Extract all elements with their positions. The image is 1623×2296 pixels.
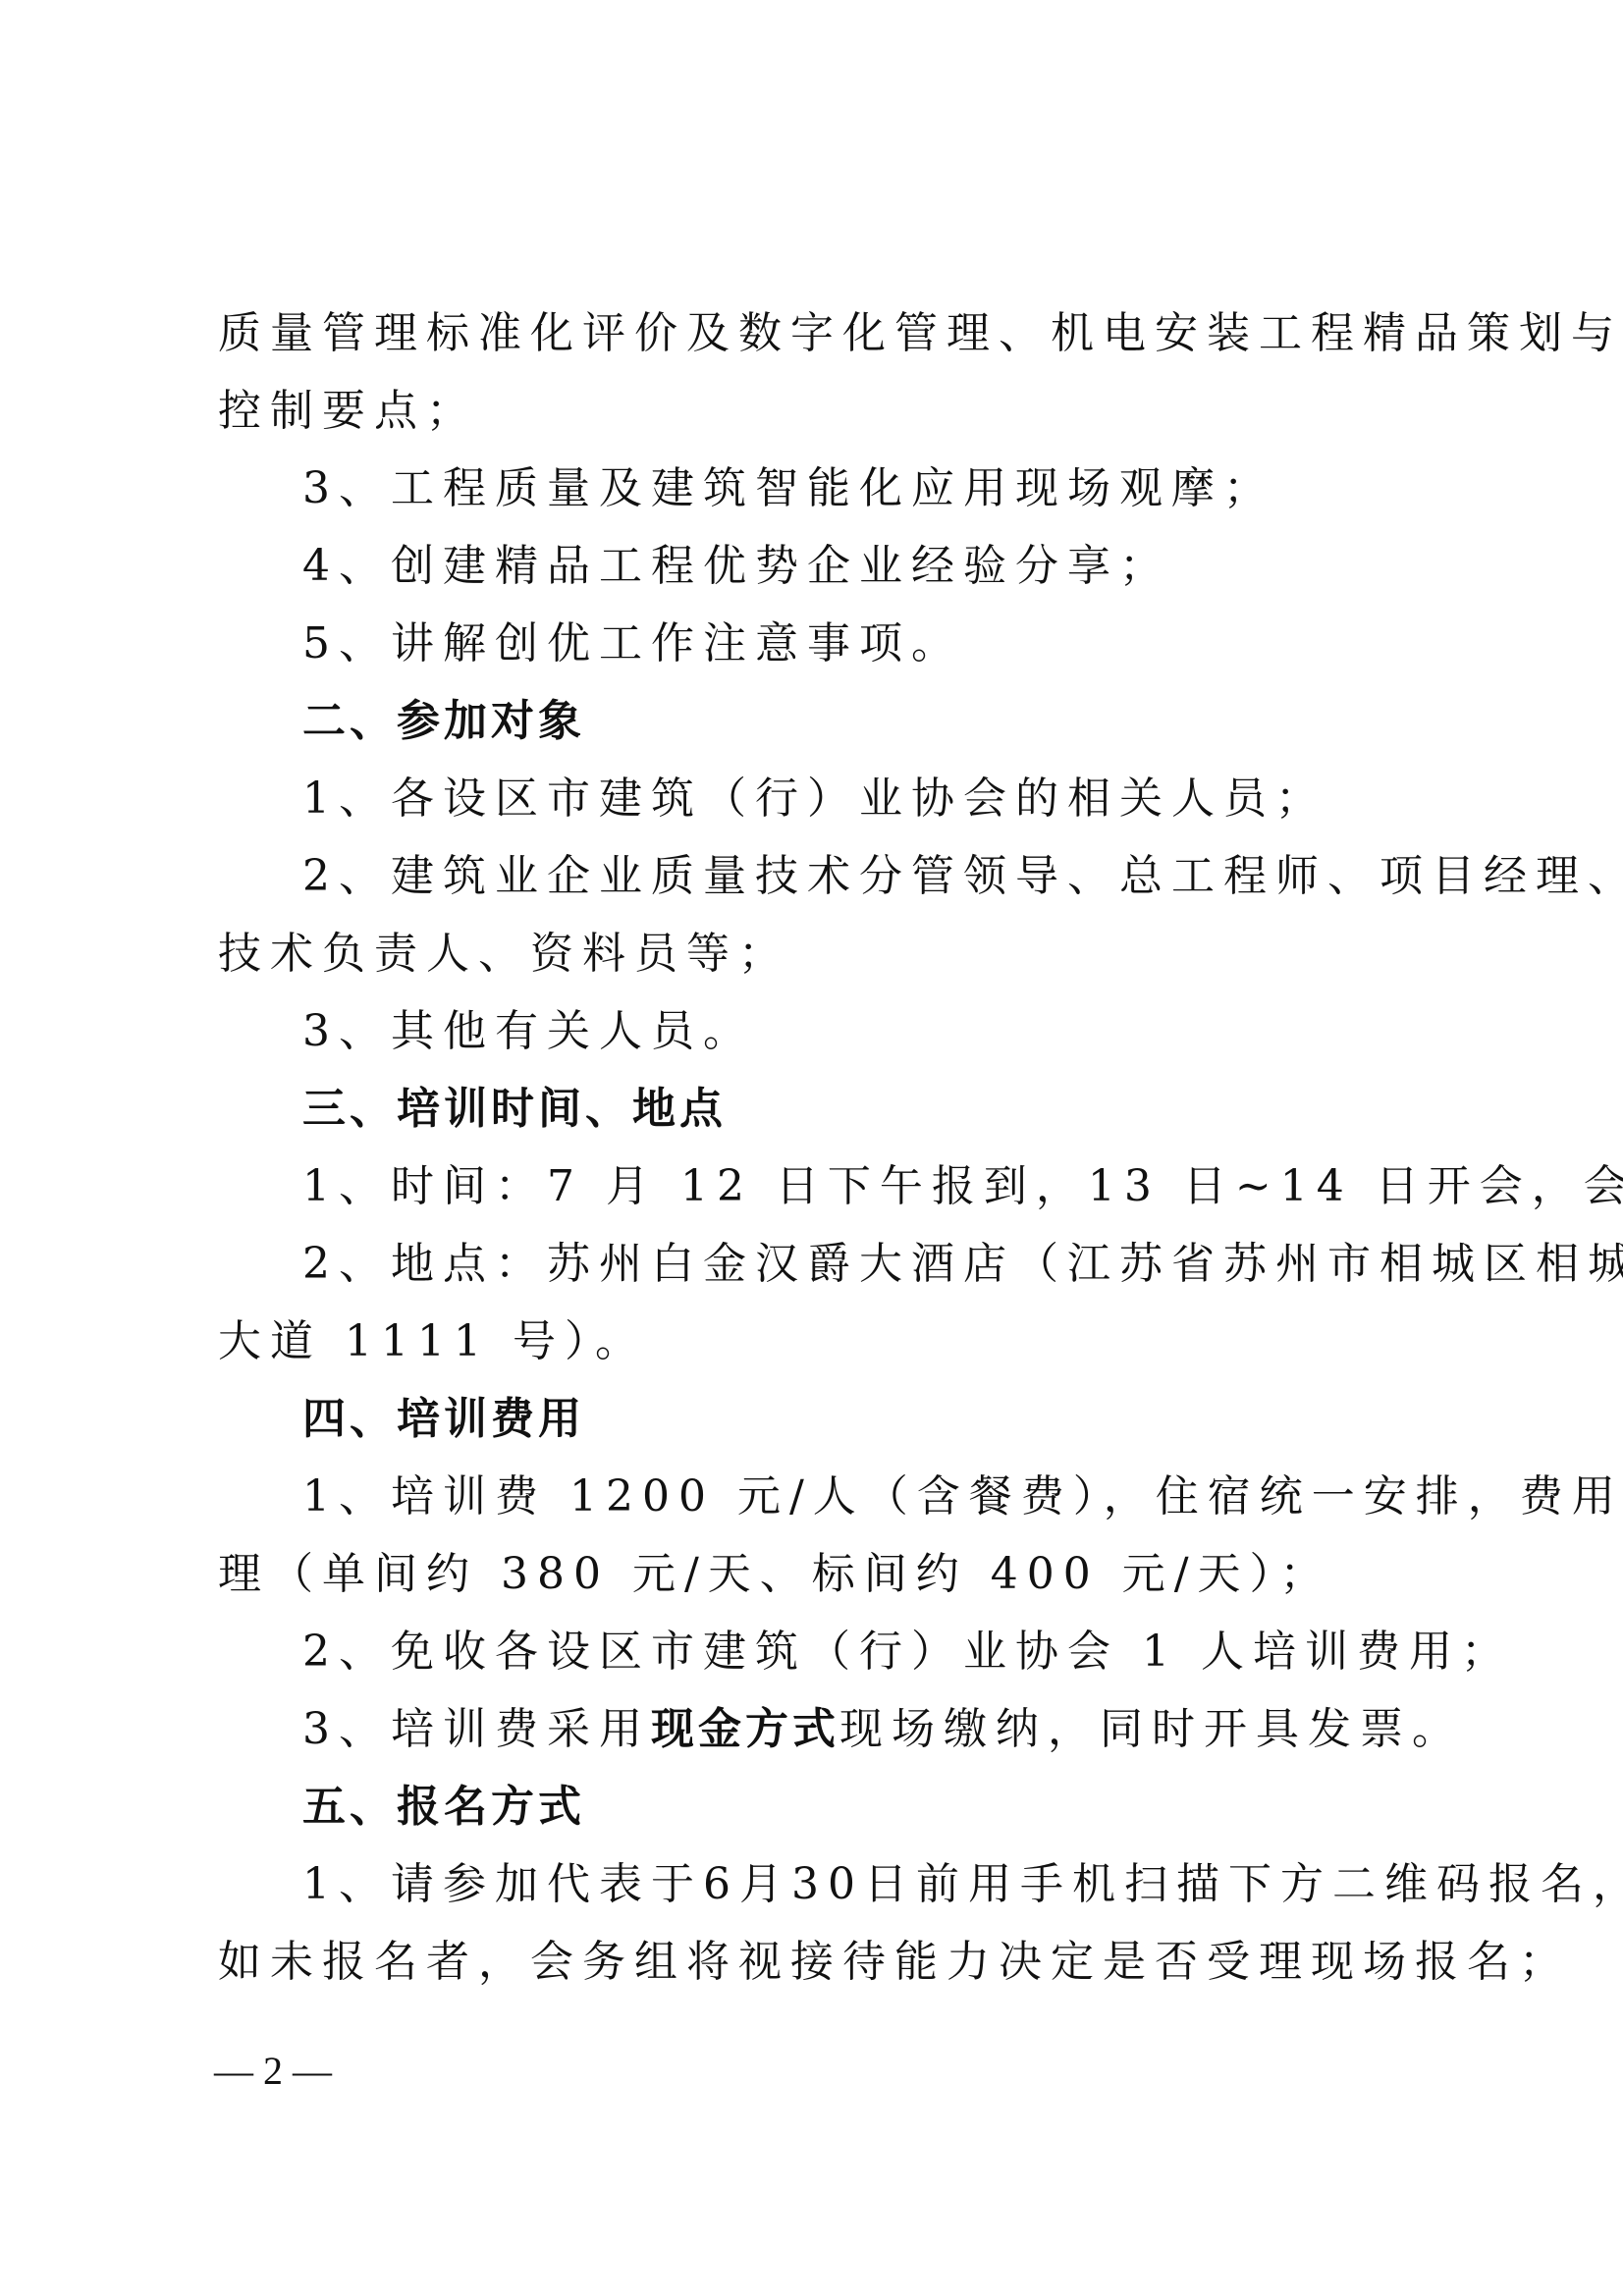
section-heading-time-location: 三、培训时间、地点 [218,1070,1435,1148]
section-heading-participants: 二、参加对象 [218,682,1435,760]
paragraph-line: 控制要点； [218,372,1435,450]
list-item-continuation: 大道 1111 号）。 [218,1303,1435,1380]
page-number: — 2 — [214,2042,332,2101]
list-item: 2、建筑业企业质量技术分管领导、总工程师、项目经理、 [218,837,1435,915]
document-body: 质量管理标准化评价及数字化管理、机电安装工程精品策划与 控制要点； 3、工程质量… [218,294,1435,2001]
list-item: 4、创建精品工程优势企业经验分享； [218,527,1435,605]
list-item-continuation: 理（单间约 380 元/天、标间约 400 元/天）； [218,1535,1435,1613]
list-item: 2、地点：苏州白金汉爵大酒店（江苏省苏州市相城区相城 [218,1225,1435,1303]
list-item-continuation: 技术负责人、资料员等； [218,915,1435,992]
list-item: 5、讲解创优工作注意事项。 [218,605,1435,682]
list-item: 2、免收各设区市建筑（行）业协会 1 人培训费用； [218,1613,1435,1690]
list-item: 1、各设区市建筑（行）业协会的相关人员； [218,760,1435,837]
section-heading-registration: 五、报名方式 [218,1768,1435,1845]
document-page: 质量管理标准化评价及数字化管理、机电安装工程精品策划与 控制要点； 3、工程质量… [0,0,1623,2296]
text-span: 现场缴纳，同时开具发票。 [839,1704,1464,1754]
list-item-continuation: 如未报名者，会务组将视接待能力决定是否受理现场报名； [218,1923,1435,2001]
list-item: 3、工程质量及建筑智能化应用现场观摩； [218,450,1435,527]
emphasis-text: 现金方式 [651,1704,839,1754]
list-item: 1、时间：7 月 12 日下午报到，13 日~14 日开会，会期两天； [218,1148,1435,1225]
list-item: 3、培训费采用现金方式现场缴纳，同时开具发票。 [218,1690,1435,1768]
list-item: 1、请参加代表于6月30日前用手机扫描下方二维码报名， [218,1845,1435,1923]
list-item: 3、其他有关人员。 [218,992,1435,1070]
section-heading-fees: 四、培训费用 [218,1380,1435,1458]
paragraph-line: 质量管理标准化评价及数字化管理、机电安装工程精品策划与 [218,294,1435,372]
text-span: 3、培训费采用 [302,1704,651,1754]
list-item: 1、培训费 1200 元/人（含餐费），住宿统一安排，费用自 [218,1458,1435,1535]
